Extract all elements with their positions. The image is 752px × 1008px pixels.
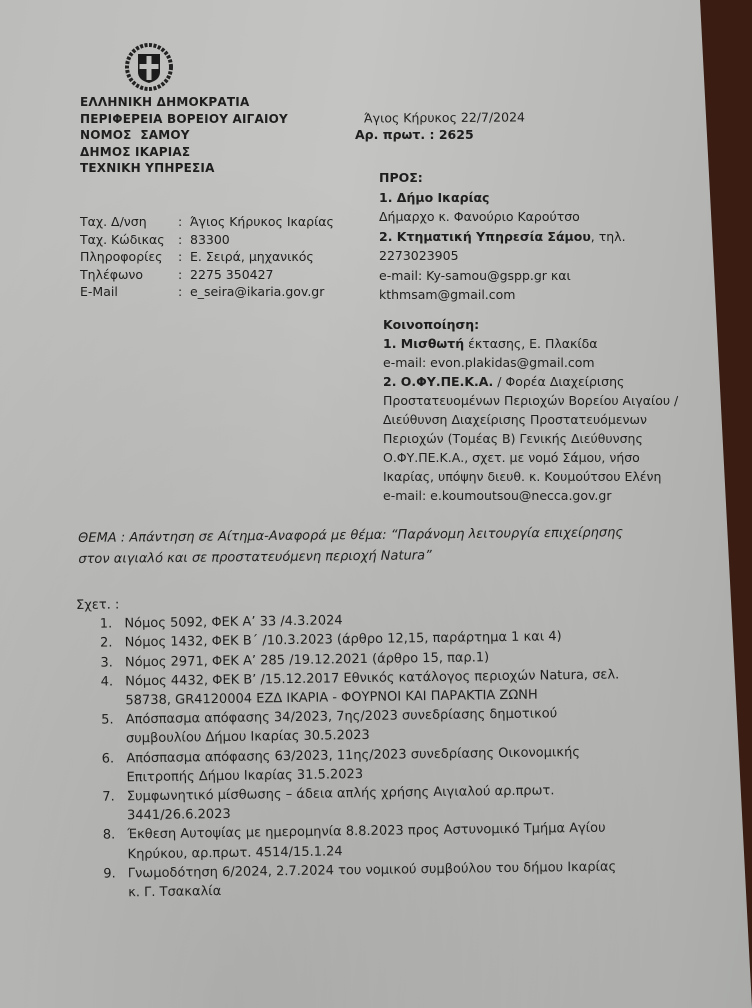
cc-2-line: Περιοχών (Τομέας Β) Γενικής Διεύθυνσης: [383, 429, 678, 448]
recipients-block: ΠΡΟΣ: 1. Δήμο Ικαρίας Δήμαρχο κ. Φανούρι…: [379, 168, 626, 305]
greek-coat-of-arms-icon: [124, 42, 174, 92]
header-line: ΕΛΛΗΝΙΚΗ ΔΗΜΟΚΡΑΤΙΑ: [80, 94, 288, 111]
cc-2-email: e-mail: e.koumoutsou@necca.gov.gr: [383, 486, 678, 505]
references: Σχετ. : Νόμος 5092, ΦΕΚ Α’ 33 /4.3.2024 …: [76, 588, 622, 903]
cc-1: 1. Μισθωτή έκτασης, Ε. Πλακίδα: [383, 334, 678, 353]
header-line: ΝΟΜΟΣ ΣΑΜΟΥ: [80, 127, 288, 144]
cc-2-line: Ο.ΦΥ.ΠΕ.Κ.Α., σχετ. με νομό Σάμου, νήσο: [383, 448, 678, 467]
contact-phone: Τηλέφωνο:2275 350427: [80, 266, 334, 284]
contact-address: Ταχ. Δ/νση:Άγιος Κήρυκος Ικαρίας: [80, 213, 334, 231]
recipients-heading: ΠΡΟΣ:: [379, 168, 626, 188]
recipient-1: 1. Δήμο Ικαρίας: [379, 188, 626, 208]
recipient-2: 2. Κτηματική Υπηρεσία Σάμου, τηλ.: [379, 227, 626, 247]
protocol-number: Αρ. πρωτ. : 2625: [355, 127, 474, 142]
recipient-2-email: e-mail: Ky-samou@gspp.gr και: [379, 266, 626, 286]
contact-email: E-Mail:e_seira@ikaria.gov.gr: [80, 283, 334, 301]
cc-2: 2. Ο.ΦΥ.ΠΕ.Κ.Α. / Φορέα Διαχείρισης: [383, 372, 678, 391]
recipient-2-phone: 2273023905: [379, 246, 626, 266]
reference-item: Γνωμοδότηση 6/2024, 2.7.2024 του νομικού…: [120, 857, 623, 902]
issuer-header: ΕΛΛΗΝΙΚΗ ΔΗΜΟΚΡΑΤΙΑ ΠΕΡΙΦΕΡΕΙΑ ΒΟΡΕΙΟΥ Α…: [80, 94, 288, 177]
recipient-1-detail: Δήμαρχο κ. Φανούριο Καρούτσο: [379, 207, 626, 227]
contact-info: Ταχ. Δ/νση:Άγιος Κήρυκος Ικαρίας Ταχ. Κώ…: [80, 213, 334, 301]
header-line: ΠΕΡΙΦΕΡΕΙΑ ΒΟΡΕΙΟΥ ΑΙΓΑΙΟΥ: [80, 111, 288, 128]
cc-2-line: Προστατευομένων Περιοχών Βορείου Αιγαίου…: [383, 391, 678, 410]
place-date: Άγιος Κήρυκος 22/7/2024: [364, 109, 525, 125]
header-line: ΤΕΧΝΙΚΗ ΥΠΗΡΕΣΙΑ: [80, 160, 288, 177]
cc-2-line: Διεύθυνση Διαχείρισης Προστατευόμενων: [383, 410, 678, 429]
contact-postcode: Ταχ. Κώδικας:83300: [80, 231, 334, 249]
cc-2-line: Ικαρίας, υπόψην διευθ. κ. Κουμούτσου Ελέ…: [383, 467, 678, 486]
contact-info-person: Πληροφορίες:Ε. Σειρά, μηχανικός: [80, 248, 334, 266]
cc-block: Κοινοποίηση: 1. Μισθωτή έκτασης, Ε. Πλακ…: [383, 315, 678, 505]
cc-1-email: e-mail: evon.plakidas@gmail.com: [383, 353, 678, 372]
recipient-2-email-2: kthmsam@gmail.com: [379, 285, 626, 305]
cc-heading: Κοινοποίηση:: [383, 315, 678, 334]
header-line: ΔΗΜΟΣ ΙΚΑΡΙΑΣ: [80, 144, 288, 161]
subject: ΘΕΜΑ : Απάντηση σε Αίτημα-Αναφορά με θέμ…: [78, 522, 623, 570]
